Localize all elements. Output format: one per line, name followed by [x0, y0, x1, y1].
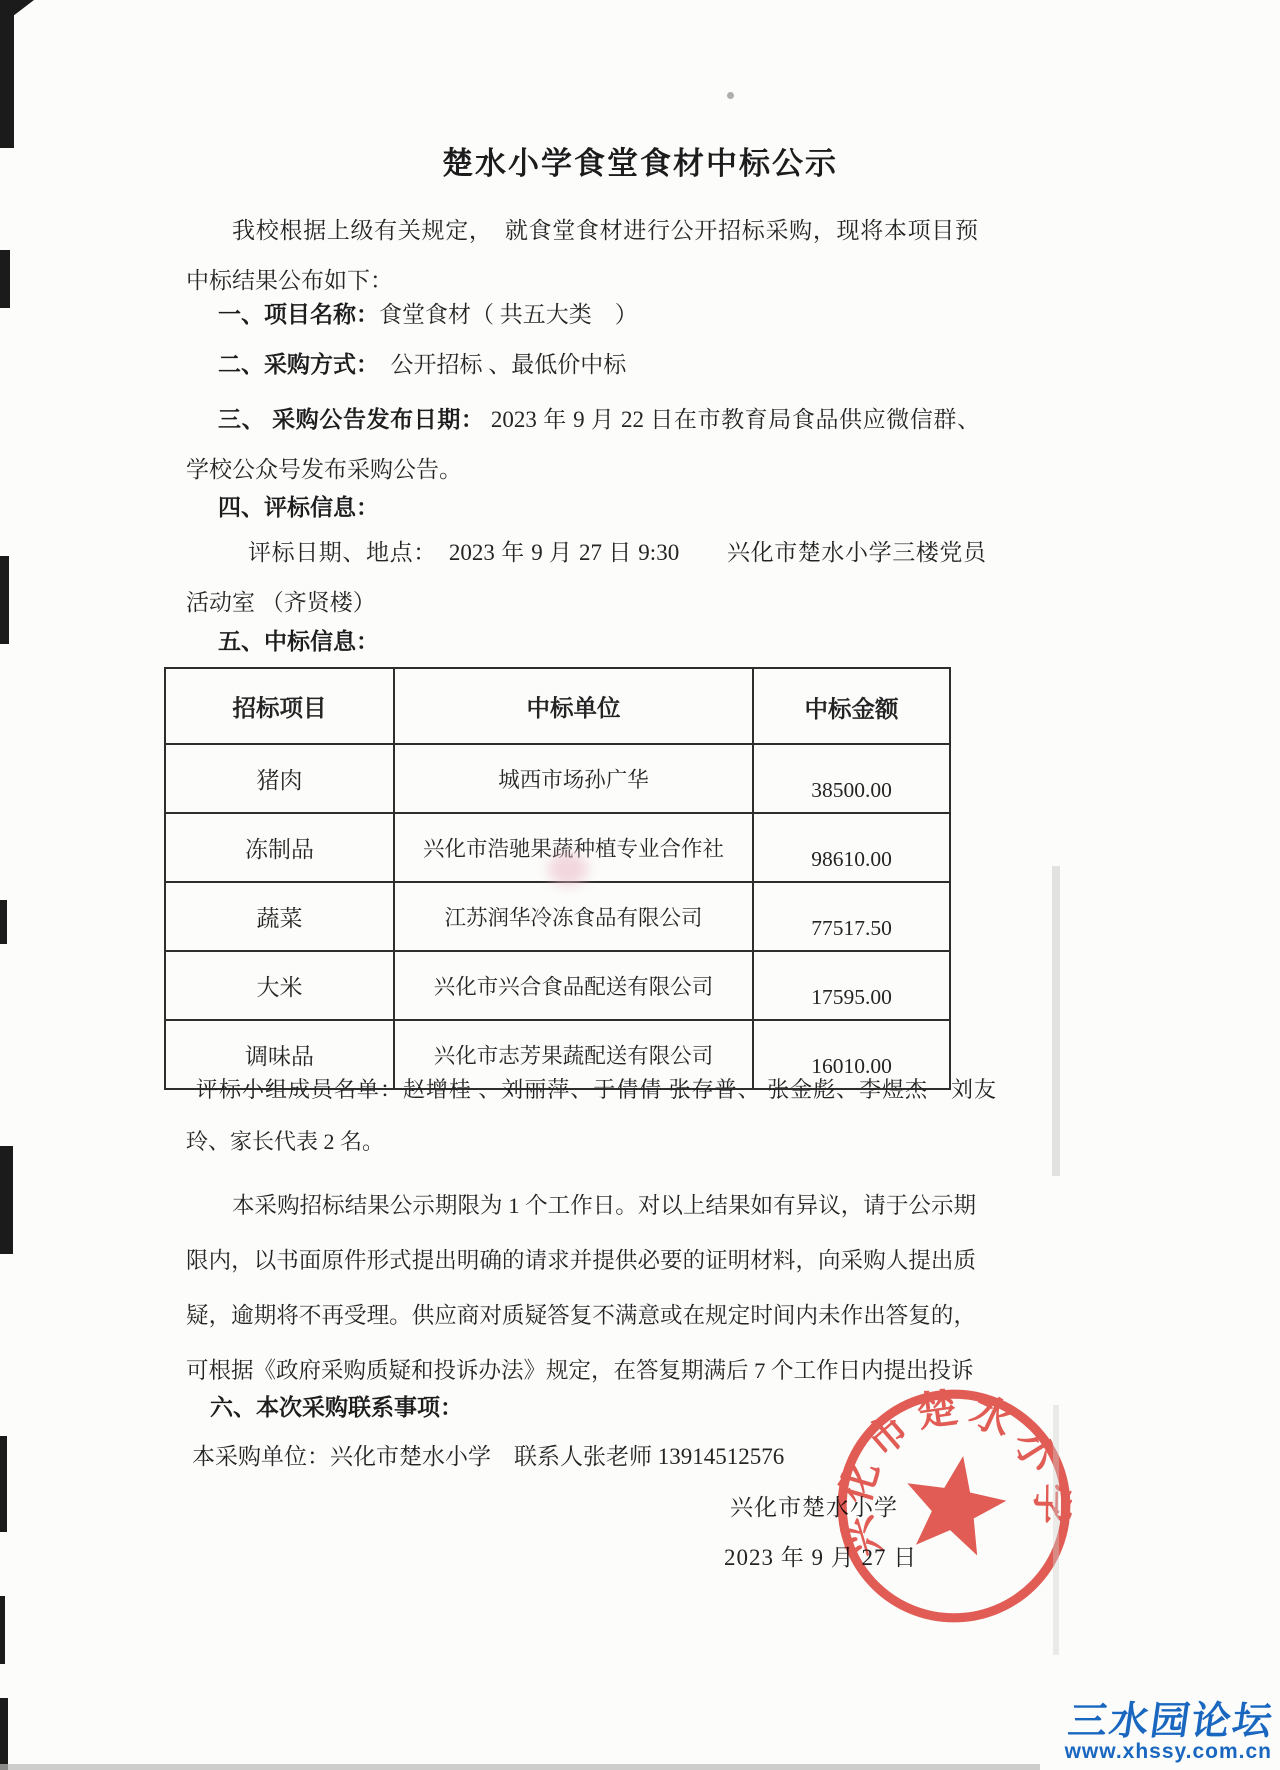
item-bid-result-info: 五、中标信息：: [218, 624, 379, 659]
cell-company: 兴化市浩驰果蔬种植专业合作社: [394, 813, 753, 882]
cell-company: 江苏润华冷冻食品有限公司: [394, 882, 753, 951]
table-row: 冻制品 兴化市浩驰果蔬种植专业合作社 98610.00: [165, 813, 950, 882]
table-row: 大米 兴化市兴合食品配送有限公司 17595.00: [165, 951, 950, 1020]
header-winning-amount: 中标金额: [753, 668, 950, 744]
item-bid-result-info-label: 五、中标信息：: [218, 628, 379, 654]
watermark-forum-logo: 三水园论坛: [1065, 1690, 1278, 1746]
scan-artifact: [1052, 866, 1060, 1176]
cell-amount: 17595.00: [753, 951, 950, 1020]
item-procurement-method: 二、采购方式： 公开招标 、最低价中标: [218, 347, 626, 382]
item-evaluation-info: 四、评标信息：: [218, 490, 379, 525]
document-title: 楚水小学食堂食材中标公示: [0, 138, 1280, 183]
objection-notice-paragraph: 本采购招标结果公示期限为 1 个工作日。对以上结果如有异议，请于公示期限内，以书…: [186, 1178, 976, 1398]
item-project-name-text: 食堂食材（ 共五大类 ）: [379, 302, 638, 327]
watermark-url: www.xhssy.com.cn: [1065, 1740, 1272, 1764]
item-contact-info: 六、本次采购联系事项：: [210, 1390, 463, 1425]
scan-artifact: [0, 0, 14, 148]
committee-members-paragraph: 评标小组成员名单：赵增桂 、刘丽萍、于倩倩 张存普、 张金彪、李煜杰 刘友玲、家…: [186, 1064, 996, 1168]
cell-amount: 98610.00: [753, 813, 950, 882]
item-announce-date-label: 三、 采购公告发布日期：: [218, 406, 485, 432]
scan-artifact: [0, 1698, 8, 1770]
item-procurement-method-label: 二、采购方式：: [218, 351, 368, 377]
scan-artifact: [727, 92, 734, 99]
contact-line: 本采购单位：兴化市楚水小学 联系人张老师 13914512576: [192, 1438, 784, 1471]
item-contact-info-label: 六、本次采购联系事项：: [210, 1394, 463, 1420]
scan-artifact: [0, 556, 9, 644]
cell-item: 大米: [165, 951, 394, 1020]
item-evaluation-info-label: 四、评标信息：: [218, 494, 379, 520]
cell-item: 猪肉: [165, 744, 394, 813]
scan-artifact: [0, 1436, 7, 1532]
scan-artifact: [0, 900, 7, 944]
table-row: 猪肉 城西市场孙广华 38500.00: [165, 744, 950, 813]
star-icon: [907, 1456, 1006, 1556]
header-winning-company: 中标单位: [394, 668, 753, 744]
cell-company: 城西市场孙广华: [394, 744, 753, 813]
header-bid-item: 招标项目: [165, 668, 394, 744]
intro-paragraph: 我校根据上级有关规定， 就食堂食材进行公开招标采购，现将本项目预中标结果公布如下…: [186, 206, 978, 306]
bid-results-table: 招标项目 中标单位 中标金额 猪肉 城西市场孙广华 38500.00 冻制品 兴…: [164, 667, 951, 1090]
scan-artifact: [0, 1596, 5, 1664]
item-project-name-label: 一、项目名称：: [218, 301, 379, 327]
cell-item: 蔬菜: [165, 882, 394, 951]
scan-artifact: [0, 250, 10, 308]
cell-company: 兴化市兴合食品配送有限公司: [394, 951, 753, 1020]
cell-amount: 77517.50: [753, 882, 950, 951]
table-header-row: 招标项目 中标单位 中标金额: [165, 668, 950, 744]
scan-artifact: [0, 0, 34, 26]
item-announce-date: 三、 采购公告发布日期： 2023 年 9 月 22 日在市教育局食品供应微信群…: [186, 394, 980, 495]
scanned-document-page: 楚水小学食堂食材中标公示 我校根据上级有关规定， 就食堂食材进行公开招标采购，现…: [0, 0, 1280, 1770]
item-procurement-method-text: 公开招标 、最低价中标: [391, 352, 627, 377]
scan-artifact: [0, 1764, 1040, 1770]
table-row: 蔬菜 江苏润华冷冻食品有限公司 77517.50: [165, 882, 950, 951]
scan-artifact: [0, 1146, 13, 1254]
cell-amount: 38500.00: [753, 744, 950, 813]
item-project-name: 一、项目名称：食堂食材（ 共五大类 ）: [218, 297, 638, 332]
official-seal-stamp: 兴化市楚水小学: [832, 1384, 1076, 1628]
evaluation-date-location: 评标日期、地点： 2023 年 9 月 27 日 9:30 兴化市楚水小学三楼党…: [186, 528, 986, 628]
cell-item: 冻制品: [165, 813, 394, 882]
